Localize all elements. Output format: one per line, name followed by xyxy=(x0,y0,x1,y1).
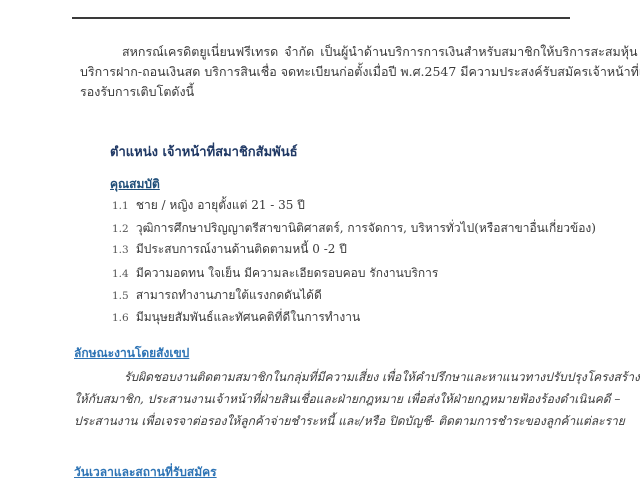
qualification-item: 1.6 มีมนุษยสัมพันธ์และทัศนคติที่ดีในการท… xyxy=(112,308,360,327)
item-text: มีมนุษยสัมพันธ์และทัศนคติที่ดีในการทำงาน xyxy=(136,310,360,324)
item-text: ชาย / หญิง อายุตั้งแต่ 21 - 35 ปี xyxy=(136,198,305,212)
intro-line: บริการฝาก-ถอนเงินสด บริการสินเชื่อ จดทะเ… xyxy=(80,62,640,82)
qualification-item: 1.3 มีประสบการณ์งานด้านติดตามหนี้ 0 -2 ป… xyxy=(112,240,347,259)
description-line: รับผิดชอบงานติดตามสมาชิกในกลุ่มที่มีความ… xyxy=(124,368,640,387)
item-text: มีประสบการณ์งานด้านติดตามหนี้ 0 -2 ปี xyxy=(136,242,347,256)
position-title: ตำแหน่ง เจ้าหน้าที่สมาชิกสัมพันธ์ xyxy=(110,141,298,162)
item-text: สามารถทำงานภายใต้แรงกดดันได้ดี xyxy=(136,288,322,302)
qualification-item: 1.2 วุฒิการศึกษาปริญญาตรีสาขานิติศาสตร์,… xyxy=(112,219,596,238)
qualification-item: 1.1 ชาย / หญิง อายุตั้งแต่ 21 - 35 ปี xyxy=(112,196,305,215)
description-line: ประสานงาน เพื่อเจรจาต่อรองให้ลูกค้าจ่ายช… xyxy=(74,412,625,431)
item-number: 1.5 xyxy=(112,290,132,302)
qualification-item: 1.4 มีความอดทน ใจเย็น มีความละเอียดรอบคอ… xyxy=(112,264,438,283)
application-time-place-heading: วันเวลาและสถานที่รับสมัคร xyxy=(74,463,217,480)
qualifications-heading: คุณสมบัติ xyxy=(110,175,160,194)
qualification-item: 1.5 สามารถทำงานภายใต้แรงกดดันได้ดี xyxy=(112,286,322,305)
item-number: 1.3 xyxy=(112,244,132,256)
item-text: มีความอดทน ใจเย็น มีความละเอียดรอบคอบ รั… xyxy=(136,266,439,280)
description-line: ให้กับสมาชิก, ประสานงานเจ้าหน้าที่ฝ่ายสิ… xyxy=(74,390,620,409)
intro-line: รองรับการเติบโตดังนี้ xyxy=(80,82,194,102)
intro-line: สหกรณ์เครดิตยูเนี่ยนฟรีเทรด จำกัด เป็นผู… xyxy=(122,42,638,62)
header-rule xyxy=(72,17,570,19)
item-number: 1.1 xyxy=(112,200,132,212)
item-number: 1.2 xyxy=(112,223,132,235)
item-number: 1.4 xyxy=(112,268,132,280)
item-number: 1.6 xyxy=(112,312,132,324)
item-text: วุฒิการศึกษาปริญญาตรีสาขานิติศาสตร์, การ… xyxy=(136,221,596,235)
job-description-heading: ลักษณะงานโดยสังเขป xyxy=(74,344,189,363)
